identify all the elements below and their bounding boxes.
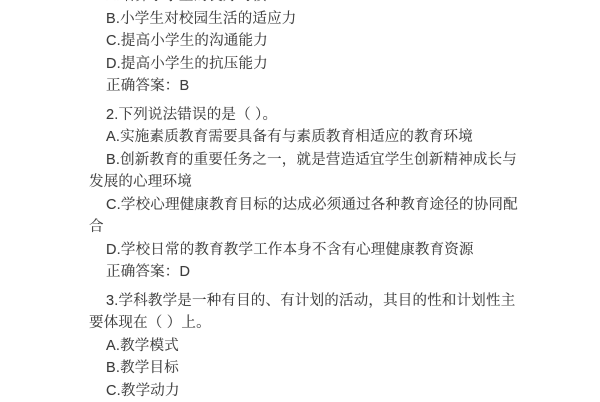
option-line: B.创新教育的重要任务之一，就是营造适宜学生创新精神成长与 (89, 149, 549, 172)
option-line: C.教学动力 (89, 380, 549, 401)
option-line: C.提高小学生的沟通能力 (89, 30, 549, 53)
question-line: 3.学科教学是一种有目的、有计划的活动，其目的性和计划性主 (89, 290, 549, 313)
option-line: A.培养小学生的良好习惯 (89, 0, 549, 8)
option-line: A.实施素质教育需要具备有与素质教育相适应的教育环境 (89, 126, 549, 149)
option-line: D.提高小学生的抗压能力 (89, 53, 549, 76)
answer-line: 正确答案：B (89, 75, 549, 98)
option-line: A.教学模式 (89, 335, 549, 358)
continuation-line: 发展的心理环境 (89, 171, 549, 194)
option-line: B.教学目标 (89, 357, 549, 380)
option-line: C.学校心理健康教育目标的达成必须通过各种教育途径的协同配 (89, 194, 549, 217)
option-line: B.小学生对校园生活的适应力 (89, 8, 549, 31)
continuation-line: 要体现在（ ）上。 (89, 312, 549, 335)
question-line: 2.下列说法错误的是（ ）。 (89, 104, 549, 127)
answer-line: 正确答案：D (89, 261, 549, 284)
exam-document: A.培养小学生的良好习惯B.小学生对校园生活的适应力C.提高小学生的沟通能力D.… (89, 0, 549, 400)
option-line: D.学校日常的教育教学工作本身不含有心理健康教育资源 (89, 239, 549, 262)
continuation-line: 合 (89, 216, 549, 239)
